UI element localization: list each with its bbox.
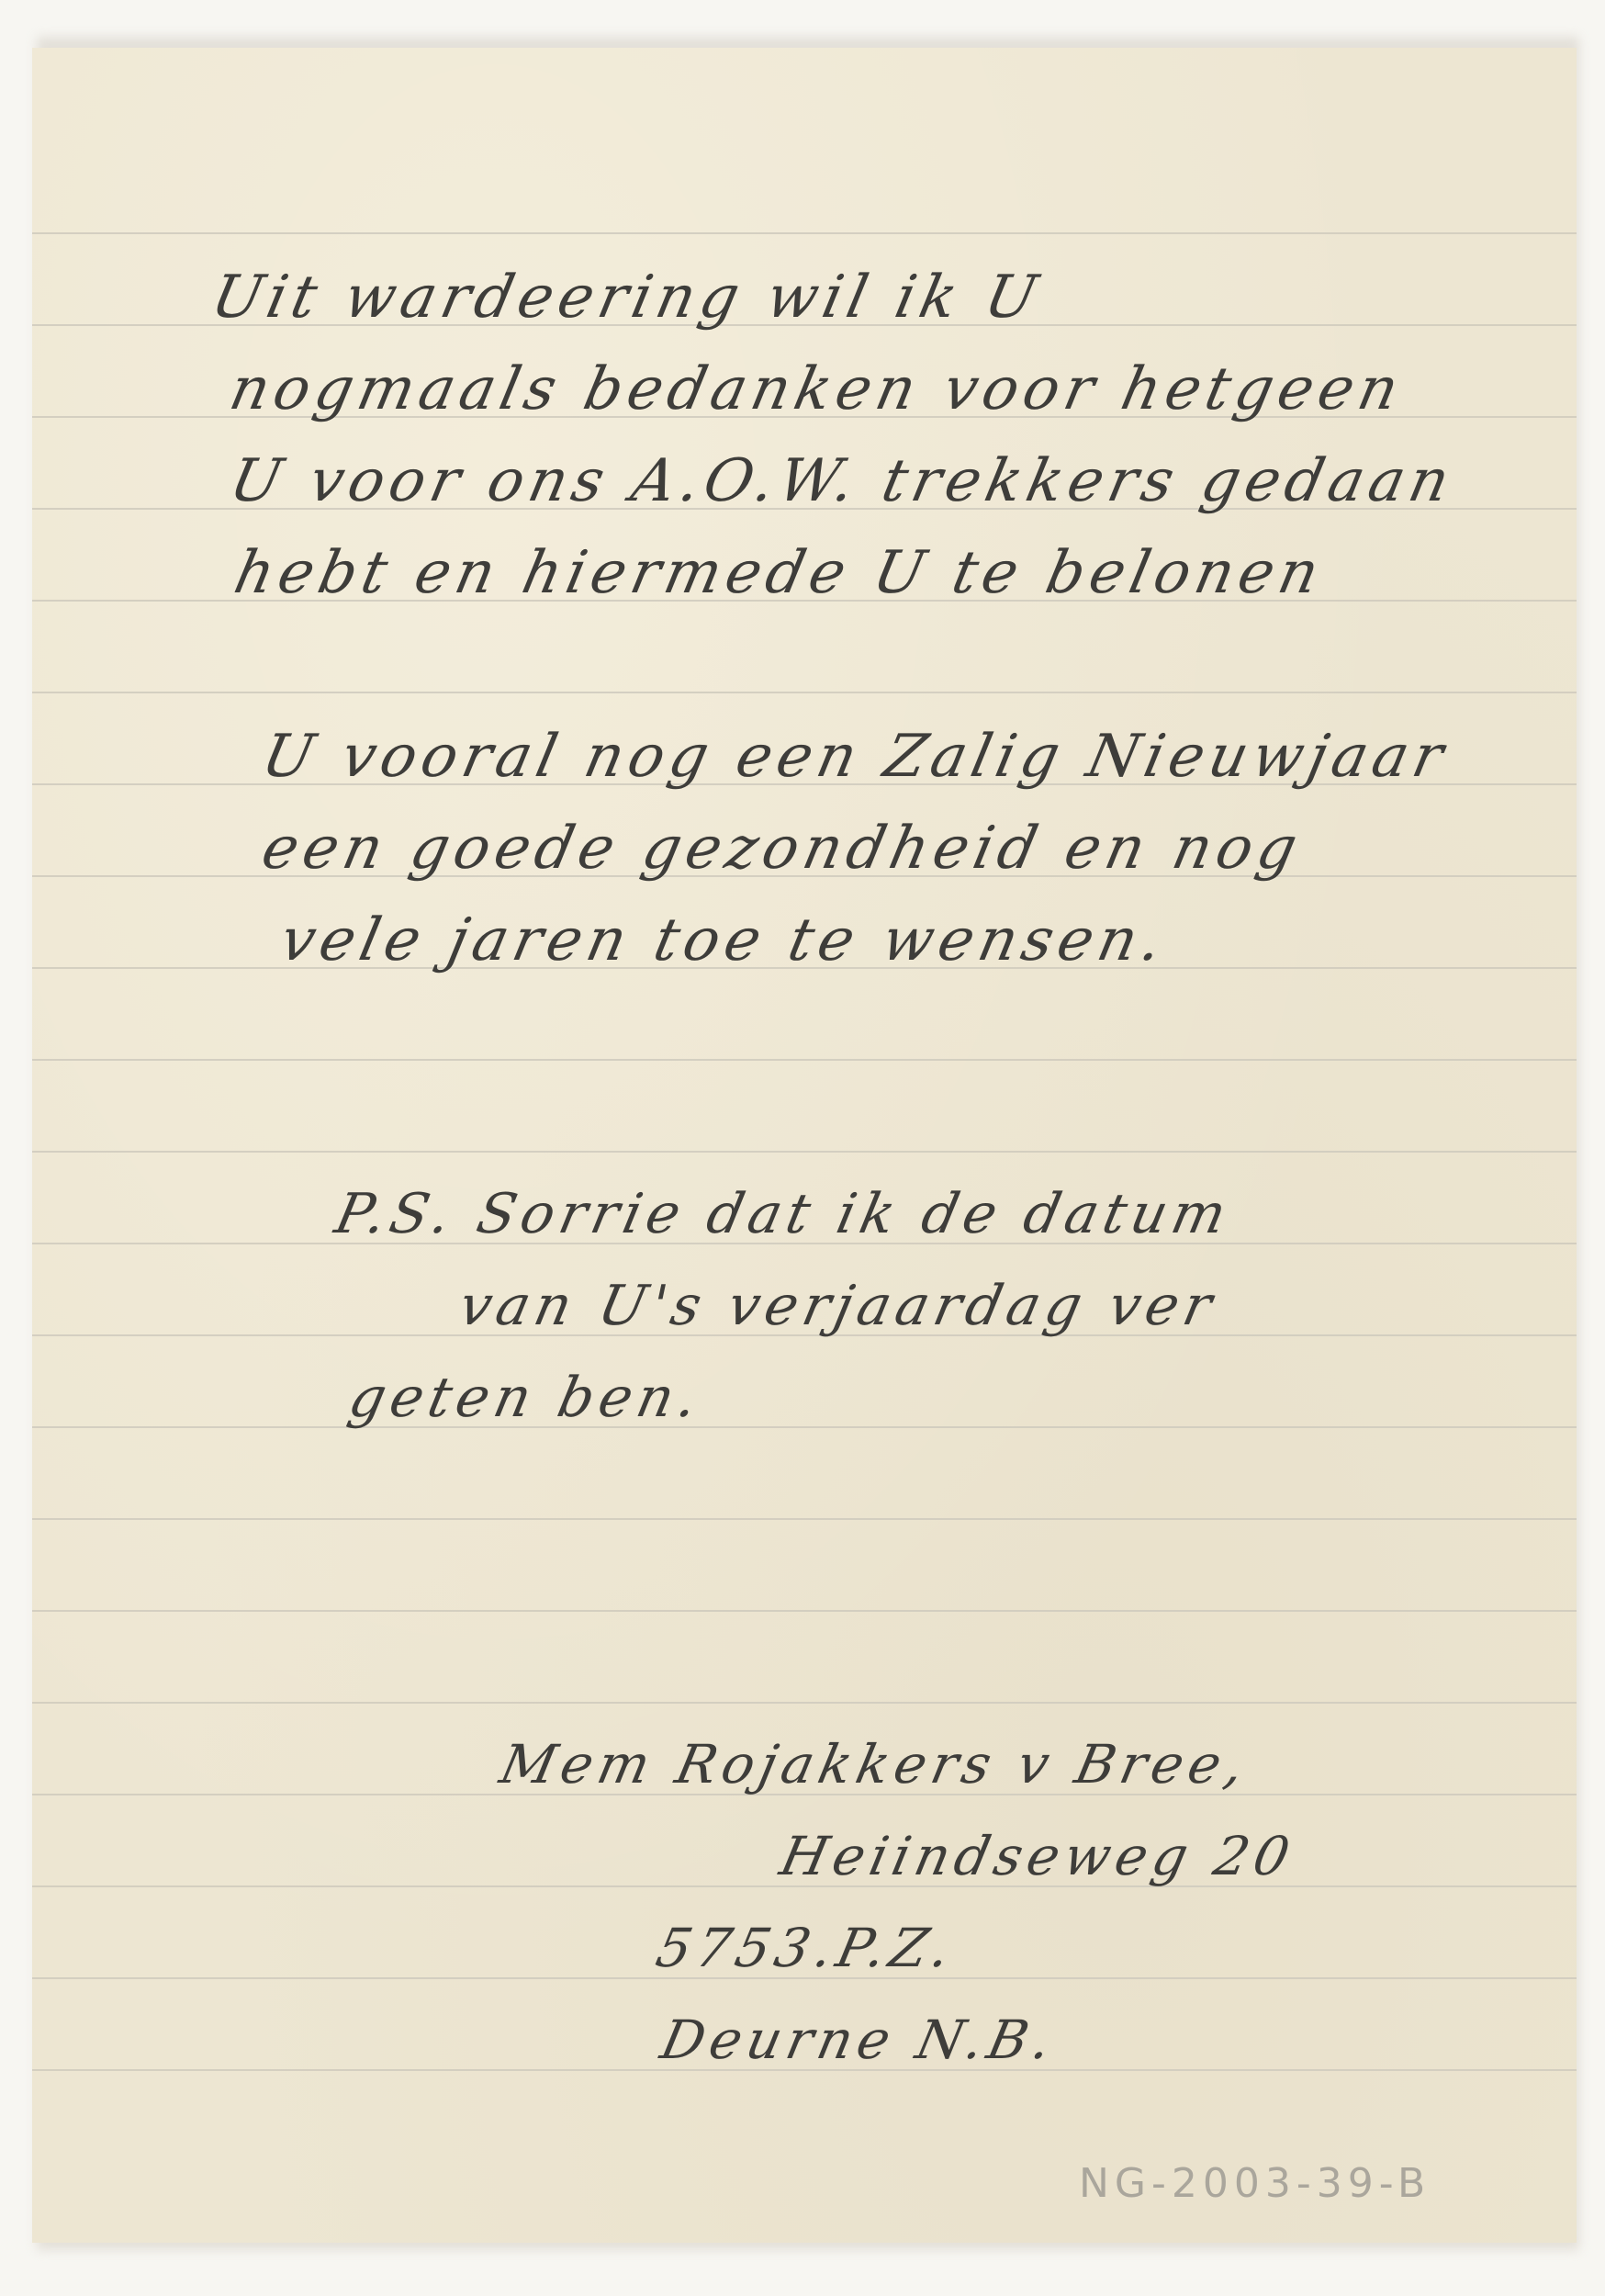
postscript-line: P.S. Sorrie dat ik de datum: [331, 1187, 1236, 1242]
letter-line: nogmaals bedanken voor hetgeen: [225, 360, 1409, 419]
letter-line: U voor ons A.O.W. trekkers gedaan: [225, 452, 1460, 511]
ruled-line: [32, 1518, 1577, 1520]
letter-line: Uit wardeering wil ik U: [207, 268, 1048, 327]
address-postcode: 5753.P.Z.: [652, 1921, 960, 1975]
ruled-line: [32, 1151, 1577, 1153]
scan-background: Uit wardeering wil ik U nogmaals bedanke…: [0, 0, 1605, 2296]
ruled-line: [32, 232, 1577, 234]
inventory-number: NG-2003-39-B: [1079, 2160, 1431, 2207]
letter-line: U vooral nog een Zalig Nieuwjaar: [257, 727, 1453, 786]
ruled-line: [32, 1702, 1577, 1704]
ruled-line: [32, 1426, 1577, 1428]
postscript-line: geten ben.: [344, 1370, 708, 1425]
ruled-line: [32, 1059, 1577, 1061]
signature-name: Mem Rojakkers v Bree,: [496, 1738, 1254, 1791]
address-street: Heiindseweg 20: [776, 1829, 1299, 1883]
ruled-line: [32, 692, 1577, 693]
ruled-line: [32, 1610, 1577, 1612]
letter-sheet: Uit wardeering wil ik U nogmaals bedanke…: [32, 48, 1577, 2243]
address-city: Deurne N.B.: [657, 2013, 1061, 2066]
letter-line: hebt en hiermede U te belonen: [230, 544, 1329, 602]
letter-line: vele jaren toe te wensen.: [275, 911, 1173, 970]
letter-line: een goede gezondheid en nog: [257, 819, 1308, 878]
postscript-line: van U's verjaardag ver: [455, 1278, 1222, 1334]
